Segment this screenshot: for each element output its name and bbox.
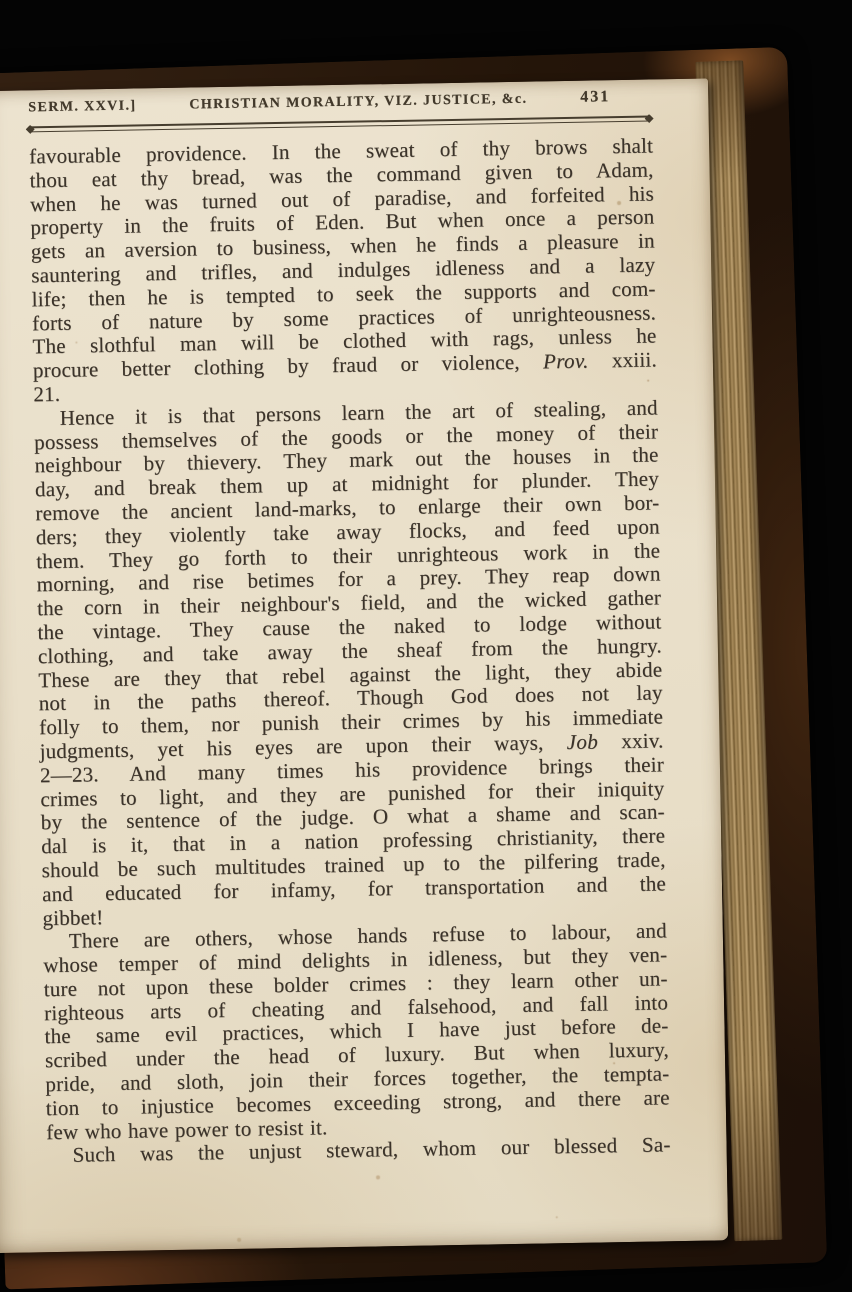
header-title: CHRISTIAN MORALITY, VIZ. JUSTICE, &c. — [136, 88, 580, 118]
header-section-label: SERM. XXVI.] — [28, 95, 137, 119]
body-text: favourable providence. In the sweat of t… — [29, 134, 671, 1168]
photo-background: SERM. XXVI.] CHRISTIAN MORALITY, VIZ. JU… — [0, 0, 852, 1292]
page-content: SERM. XXVI.] CHRISTIAN MORALITY, VIZ. JU… — [0, 78, 728, 1253]
paragraph: There are others, whose hands refuse to … — [43, 920, 671, 1145]
paragraph: Hence it is that persons learn the art o… — [34, 396, 667, 930]
paragraph: favourable providence. In the sweat of t… — [29, 134, 657, 407]
page-header: SERM. XXVI.] CHRISTIAN MORALITY, VIZ. JU… — [28, 85, 652, 119]
header-page-number: 431 — [580, 86, 610, 109]
book: SERM. XXVI.] CHRISTIAN MORALITY, VIZ. JU… — [0, 29, 819, 1287]
header-rule — [29, 115, 651, 132]
book-page: SERM. XXVI.] CHRISTIAN MORALITY, VIZ. JU… — [0, 78, 728, 1253]
